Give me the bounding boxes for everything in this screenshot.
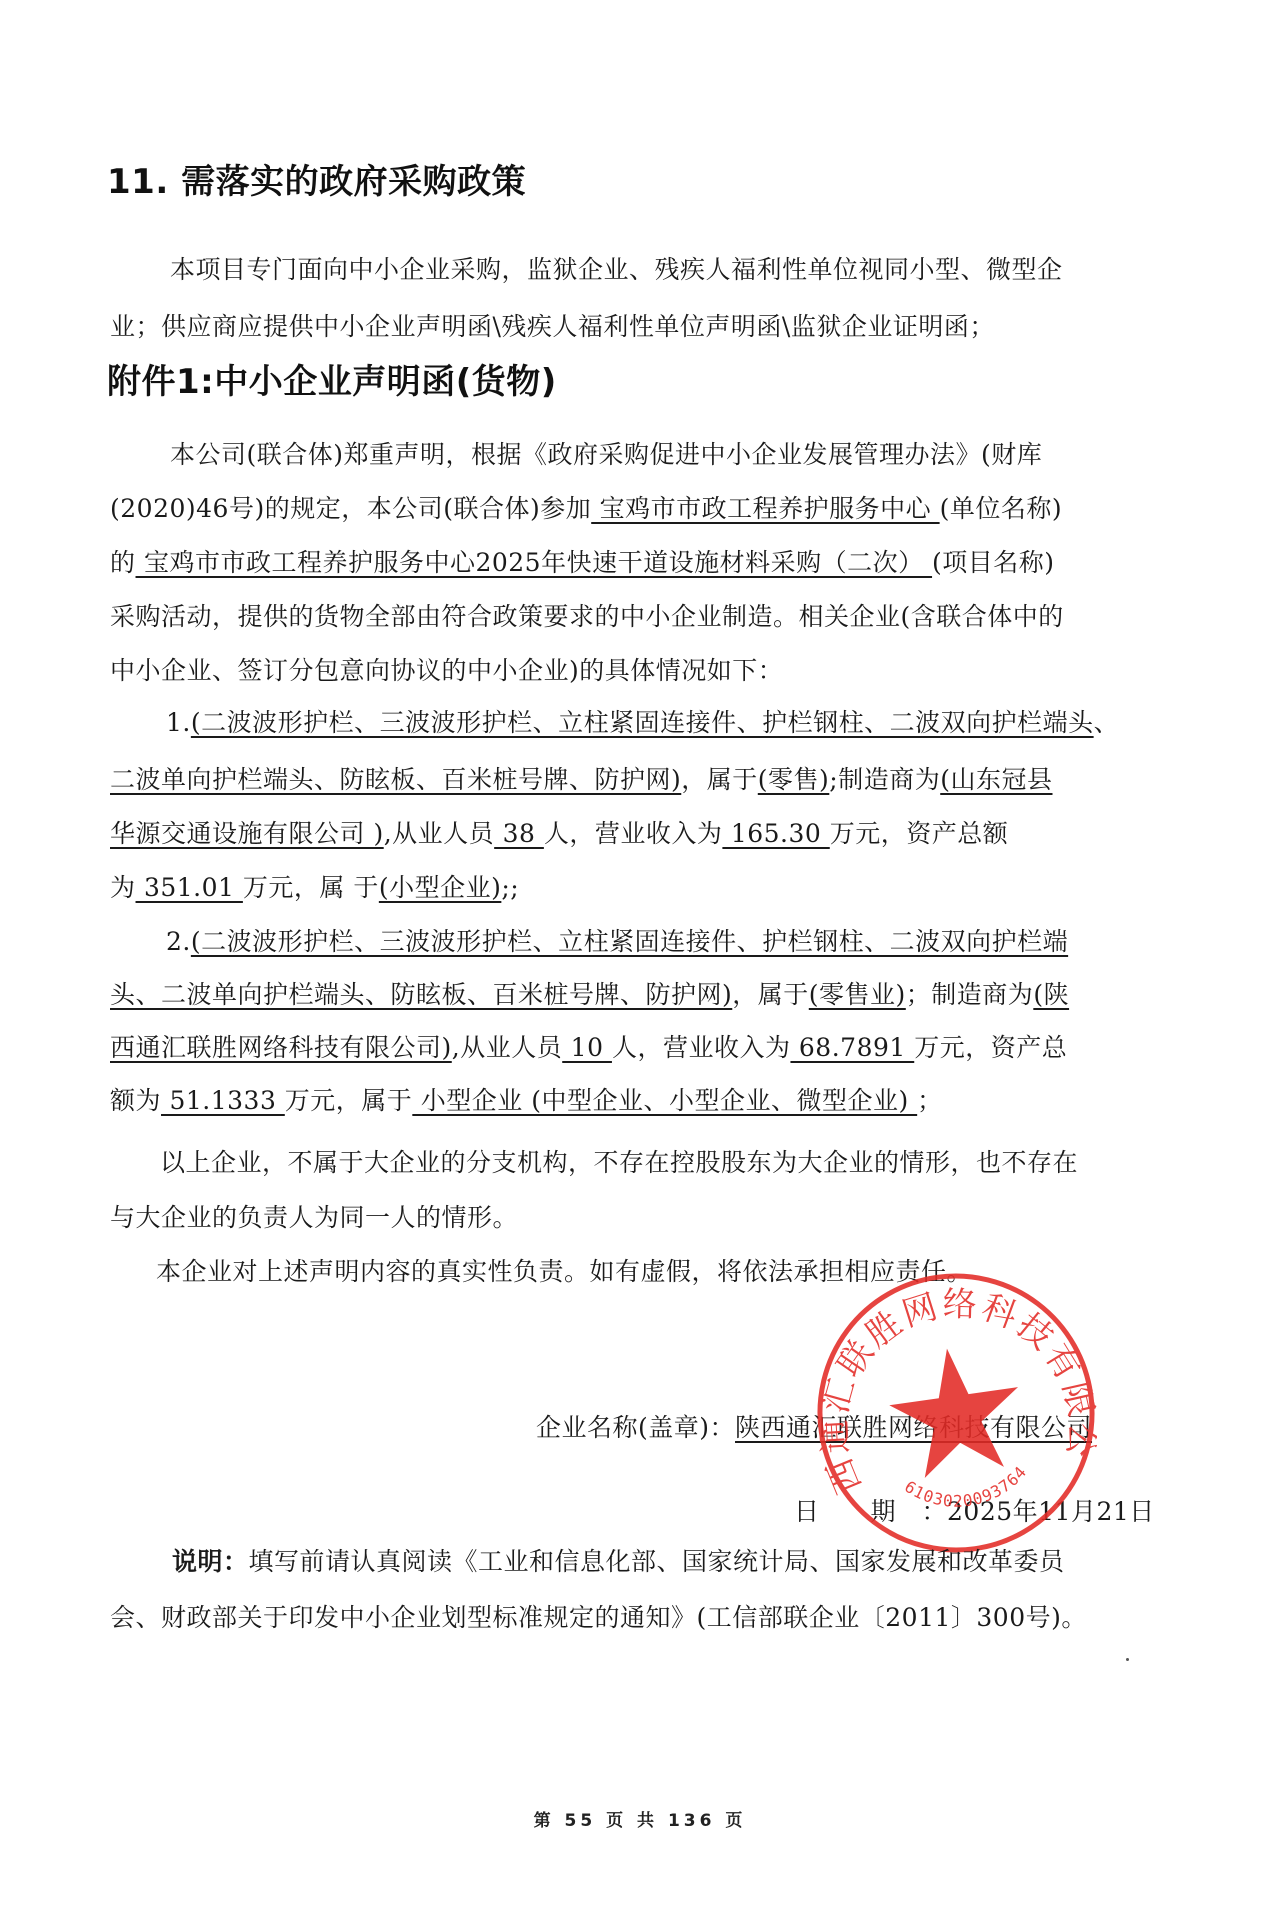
text-line: 中小企业、签订分包意向协议的中小企业)的具体情况如下： (110, 654, 783, 688)
text-segment: 万元，资产总额 (830, 819, 1009, 848)
text-line: 会、财政部关于印发中小企业划型标准规定的通知》(工信部联企业〔2011〕300号… (110, 1601, 1087, 1635)
stamp-code: 6103020093764 (899, 1460, 1034, 1518)
text-segment: ,从业人员 (452, 1033, 562, 1062)
scan-speck (1126, 1658, 1129, 1661)
page-number: 第 55 页 共 136 页 (0, 1806, 1280, 1831)
text-segment: 万元，资产总 (914, 1033, 1067, 1062)
text-line: 以上企业，不属于大企业的分支机构，不存在控股股东为大企业的情形，也不存在 (160, 1146, 1078, 1180)
text-segment: (单位名称) (940, 494, 1063, 523)
company-seal-stamp: 陕西通汇联胜网络科技有限公司 6103020093764 (815, 1272, 1097, 1554)
text-line: 华源交通设施有限公司 ),从业人员 38 人，营业收入为 165.30 万元，资… (110, 817, 1008, 851)
text-segment: 2. (166, 927, 191, 956)
filled-blank: 68.7891 (790, 1033, 914, 1062)
filled-blank: 二波单向护栏端头、防眩板、百米桩号牌、防护网) (110, 765, 681, 794)
filled-blank: (二波波形护栏、三波波形护栏、立柱紧固连接件、护栏钢柱、二波双向护栏端 (191, 927, 1068, 956)
text-segment: 本公司(联合体)郑重声明，根据《政府采购促进中小企业发展管理办法》(财库 (170, 440, 1042, 469)
text-line: 二波单向护栏端头、防眩板、百米桩号牌、防护网)，属于(零售);制造商为(山东冠县 (110, 763, 1053, 797)
text-segment: 会、财政部关于印发中小企业划型标准规定的通知》(工信部联企业〔2011〕300号… (110, 1603, 1087, 1632)
text-segment: 万元，属 于 (243, 873, 379, 902)
text-segment: 人，营业收入为 (544, 819, 723, 848)
text-segment: 万元，属于 (285, 1086, 413, 1115)
filled-blank: 165.30 (722, 819, 829, 848)
filled-blank: 宝鸡市市政工程养护服务中心 (591, 494, 939, 523)
text-segment: 额为 (110, 1086, 161, 1115)
text-segment: ； (917, 1086, 943, 1115)
text-segment: 业；供应商应提供中小企业声明函\残疾人福利性单位声明函\监狱企业证明函； (110, 312, 995, 341)
text-segment: 人，营业收入为 (612, 1033, 791, 1062)
filled-blank: 351.01 (136, 873, 243, 902)
text-line: 头、二波单向护栏端头、防眩板、百米桩号牌、防护网)，属于(零售业)；制造商为(陕 (110, 978, 1069, 1012)
text-line: 西通汇联胜网络科技有限公司),从业人员 10 人，营业收入为 68.7891 万… (110, 1031, 1067, 1065)
filled-blank: 头、二波单向护栏端头、防眩板、百米桩号牌、防护网) (110, 980, 732, 1009)
text-segment: 本项目专门面向中小企业采购，监狱企业、残疾人福利性单位视同小型、微型企 (170, 255, 1063, 284)
filled-blank: 10 (562, 1033, 612, 1062)
filled-blank: (小型企业) (379, 873, 502, 902)
text-line: 说明：填写前请认真阅读《工业和信息化部、国家统计局、国家发展和改革委员 (172, 1545, 1065, 1579)
filled-blank: 宝鸡市市政工程养护服务中心2025年快速干道设施材料采购（二次） (136, 548, 933, 577)
text-segment: ,从业人员 (384, 819, 494, 848)
text-segment: ；制造商为 (906, 980, 1034, 1009)
text-segment: 填写前请认真阅读《工业和信息化部、国家统计局、国家发展和改革委员 (249, 1547, 1065, 1576)
attachment-heading: 附件1:中小企业声明函(货物) (107, 360, 557, 404)
text-segment: ;制造商为 (829, 765, 940, 794)
filled-blank: (山东冠县 (940, 765, 1052, 794)
text-segment: 说明： (172, 1547, 249, 1576)
star-icon (883, 1340, 1029, 1482)
text-segment: 、 (1094, 708, 1120, 737)
text-segment: 中小企业、签订分包意向协议的中小企业)的具体情况如下： (110, 656, 783, 685)
filled-blank: (二波波形护栏、三波波形护栏、立柱紧固连接件、护栏钢柱、二波双向护栏端头 (191, 708, 1094, 737)
filled-blank: 51.1333 (161, 1086, 285, 1115)
text-segment: 采购活动，提供的货物全部由符合政策要求的中小企业制造。相关企业(含联合体中的 (110, 602, 1064, 631)
text-segment: ，属于 (681, 765, 758, 794)
filled-blank: 小型企业 (中型企业、小型企业、微型企业) (412, 1086, 917, 1115)
text-line: 2.(二波波形护栏、三波波形护栏、立柱紧固连接件、护栏钢柱、二波双向护栏端 (166, 925, 1068, 959)
filled-blank: 华源交通设施有限公司 ) (110, 819, 384, 848)
text-segment: (2020)46号)的规定，本公司(联合体)参加 (110, 494, 591, 523)
filled-blank: (零售业) (809, 980, 906, 1009)
text-segment: ;; (501, 873, 519, 902)
signature-label: 企业名称(盖章)： (536, 1413, 735, 1442)
filled-blank: 西通汇联胜网络科技有限公司) (110, 1033, 452, 1062)
text-segment: 为 (110, 873, 136, 902)
text-segment: 与大企业的负责人为同一人的情形。 (110, 1203, 518, 1232)
text-line: (2020)46号)的规定，本公司(联合体)参加 宝鸡市市政工程养护服务中心 (… (110, 492, 1062, 526)
filled-blank: (零售) (758, 765, 830, 794)
filled-blank: (陕 (1033, 980, 1069, 1009)
text-line: 采购活动，提供的货物全部由符合政策要求的中小企业制造。相关企业(含联合体中的 (110, 600, 1064, 634)
text-line: 本公司(联合体)郑重声明，根据《政府采购促进中小企业发展管理办法》(财库 (170, 438, 1042, 472)
text-line: 额为 51.1333 万元，属于 小型企业 (中型企业、小型企业、微型企业) ； (110, 1084, 943, 1118)
text-segment: 的 (110, 548, 136, 577)
text-segment: ，属于 (732, 980, 809, 1009)
text-segment: 以上企业，不属于大企业的分支机构，不存在控股股东为大企业的情形，也不存在 (160, 1148, 1078, 1177)
section-heading: 11. 需落实的政府采购政策 (107, 160, 526, 204)
text-line: 为 351.01 万元，属 于(小型企业);; (110, 871, 519, 905)
text-segment: 1. (166, 708, 191, 737)
text-line: 本项目专门面向中小企业采购，监狱企业、残疾人福利性单位视同小型、微型企 (170, 253, 1063, 287)
text-line: 与大企业的负责人为同一人的情形。 (110, 1201, 518, 1235)
text-line: 业；供应商应提供中小企业声明函\残疾人福利性单位声明函\监狱企业证明函； (110, 310, 995, 344)
text-line: 1.(二波波形护栏、三波波形护栏、立柱紧固连接件、护栏钢柱、二波双向护栏端头、 (166, 706, 1119, 740)
filled-blank: 38 (494, 819, 544, 848)
text-segment: (项目名称) (932, 548, 1055, 577)
text-line: 的 宝鸡市市政工程养护服务中心2025年快速干道设施材料采购（二次） (项目名称… (110, 546, 1055, 580)
